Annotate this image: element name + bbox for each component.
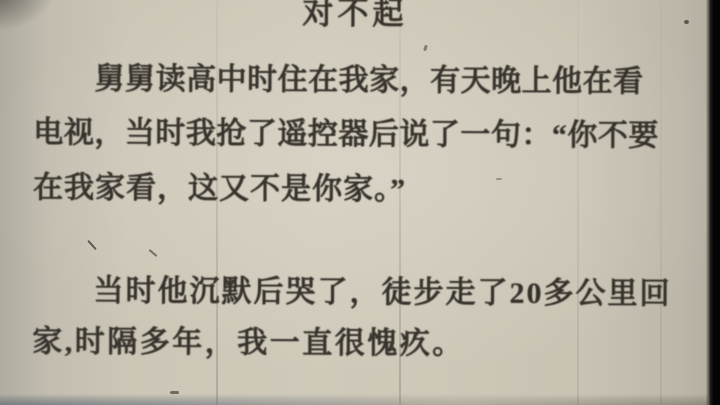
paragraph2-line1: 当时他沉默后哭了，徒步走了20多公里回: [93, 266, 671, 313]
document-text: 对不起 舅舅读高中时住在我家，有天晚上他在看 电视，当时我抢了遥控器后说了一句：…: [0, 0, 709, 405]
paragraph1-line1: 舅舅读高中时住在我家，有天晚上他在看: [95, 54, 644, 101]
table-edge: [0, 394, 708, 405]
paragraph2-line2: 家,时隔多年，我一直很愧疚。: [32, 316, 465, 362]
paragraph1-line3: 在我家看，这又不是你家。”: [33, 162, 406, 208]
paper-photo: 对不起 舅舅读高中时住在我家，有天晚上他在看 电视，当时我抢了遥控器后说了一句：…: [0, 0, 708, 405]
letterbox-right: [706, 0, 720, 405]
paragraph1-line2: 电视，当时我抢了遥控器后说了一句：“你不要: [33, 107, 659, 154]
video-frame: 对不起 舅舅读高中时住在我家，有天晚上他在看 电视，当时我抢了遥控器后说了一句：…: [0, 0, 720, 405]
page-title: 对不起: [1, 0, 709, 35]
